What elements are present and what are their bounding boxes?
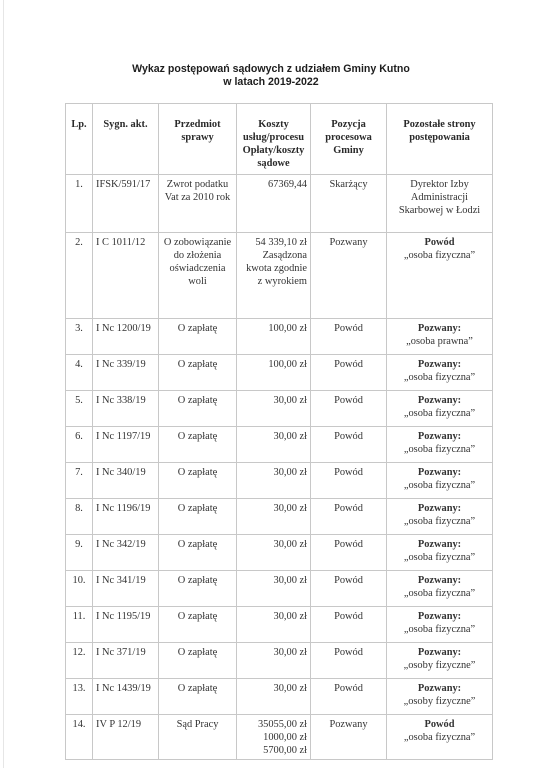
- cost-value: 35055,00 zł: [240, 718, 307, 731]
- cell-pozostale-strony: Pozwany:„osoba fizyczna”: [387, 571, 493, 607]
- cell-koszty: 30,00 zł: [237, 427, 311, 463]
- cell-lp: 8.: [66, 499, 93, 535]
- cell-sygnatura: I Nc 1439/19: [93, 679, 159, 715]
- party-name: „osoba fizyczna”: [390, 479, 489, 492]
- cell-sygnatura: I Nc 342/19: [93, 535, 159, 571]
- table-row: 3.I Nc 1200/19O zapłatę100,00 złPowódPoz…: [66, 319, 493, 355]
- party-name: „osoba fizyczna”: [390, 407, 489, 420]
- cost-value: 30,00 zł: [240, 502, 307, 515]
- cell-pozostale-strony: Pozwany:„osoba fizyczna”: [387, 607, 493, 643]
- cell-lp: 13.: [66, 679, 93, 715]
- header-lp: Lp.: [66, 104, 93, 175]
- table-row: 11.I Nc 1195/19O zapłatę30,00 złPowódPoz…: [66, 607, 493, 643]
- cell-pozostale-strony: Pozwany:„osoba fizyczna”: [387, 391, 493, 427]
- cell-pozycja: Skarżący: [311, 175, 387, 233]
- cost-value: Zasądzona kwota zgodnie z wyrokiem: [240, 249, 307, 288]
- table-row: 9.I Nc 342/19O zapłatę30,00 złPowódPozwa…: [66, 535, 493, 571]
- cell-lp: 2.: [66, 233, 93, 319]
- cell-pozycja: Pozwany: [311, 715, 387, 760]
- cell-lp: 11.: [66, 607, 93, 643]
- cell-pozycja: Powód: [311, 319, 387, 355]
- cell-sygnatura: I Nc 339/19: [93, 355, 159, 391]
- party-name: „osoba fizyczna”: [390, 623, 489, 636]
- cell-koszty: 30,00 zł: [237, 679, 311, 715]
- cell-pozostale-strony: Powód„osoba fizyczna”: [387, 233, 493, 319]
- cell-koszty: 30,00 zł: [237, 643, 311, 679]
- cell-sygnatura: I Nc 1197/19: [93, 427, 159, 463]
- cell-pozostale-strony: Pozwany:„osoba fizyczna”: [387, 499, 493, 535]
- table-row: 2.I C 1011/12O zobowiązanie do złożenia …: [66, 233, 493, 319]
- cell-przedmiot: O zapłatę: [159, 571, 237, 607]
- cost-value: 30,00 zł: [240, 682, 307, 695]
- cell-koszty: 30,00 zł: [237, 391, 311, 427]
- cell-pozycja: Powód: [311, 535, 387, 571]
- party-name: „osoba fizyczna”: [390, 551, 489, 564]
- table-row: 10.I Nc 341/19O zapłatę30,00 złPowódPozw…: [66, 571, 493, 607]
- cell-koszty: 30,00 zł: [237, 607, 311, 643]
- cost-value: 30,00 zł: [240, 574, 307, 587]
- cell-pozostale-strony: Pozwany:„osoba fizyczna”: [387, 463, 493, 499]
- party-role-label: Pozwany:: [390, 322, 489, 335]
- cell-pozycja: Powód: [311, 355, 387, 391]
- cell-pozycja: Pozwany: [311, 233, 387, 319]
- cost-value: 30,00 zł: [240, 430, 307, 443]
- party-role-label: Pozwany:: [390, 466, 489, 479]
- table-row: 5.I Nc 338/19O zapłatę30,00 złPowódPozwa…: [66, 391, 493, 427]
- cell-lp: 10.: [66, 571, 93, 607]
- document-title: Wykaz postępowań sądowych z udziałem Gmi…: [0, 63, 542, 89]
- cell-pozycja: Powód: [311, 679, 387, 715]
- party-role-label: Pozwany:: [390, 610, 489, 623]
- cell-koszty: 30,00 zł: [237, 499, 311, 535]
- cell-lp: 14.: [66, 715, 93, 760]
- cell-przedmiot: O zapłatę: [159, 535, 237, 571]
- party-name: „osoby fizyczne”: [390, 659, 489, 672]
- cell-pozycja: Powód: [311, 463, 387, 499]
- cell-przedmiot: O zapłatę: [159, 607, 237, 643]
- cell-pozycja: Powód: [311, 643, 387, 679]
- cost-value: 5700,00 zł: [240, 744, 307, 757]
- cost-value: 1000,00 zł: [240, 731, 307, 744]
- cell-pozostale-strony: Pozwany:„osoba fizyczna”: [387, 355, 493, 391]
- cell-przedmiot: O zobowiązanie do złożenia oświadczenia …: [159, 233, 237, 319]
- cell-pozostale-strony: Pozwany:„osoba fizyczna”: [387, 427, 493, 463]
- cost-value: 30,00 zł: [240, 610, 307, 623]
- cell-lp: 12.: [66, 643, 93, 679]
- party-role-label: Pozwany:: [390, 538, 489, 551]
- cell-pozycja: Powód: [311, 571, 387, 607]
- cell-pozostale-strony: Pozwany:„osoby fizyczne”: [387, 679, 493, 715]
- cell-lp: 1.: [66, 175, 93, 233]
- party-role-label: Pozwany:: [390, 358, 489, 371]
- cell-sygnatura: I Nc 1196/19: [93, 499, 159, 535]
- cell-koszty: 100,00 zł: [237, 355, 311, 391]
- table-row: 13.I Nc 1439/19O zapłatę30,00 złPowódPoz…: [66, 679, 493, 715]
- cell-lp: 4.: [66, 355, 93, 391]
- cell-pozostale-strony: Pozwany:„osoba fizyczna”: [387, 535, 493, 571]
- header-koszty: Koszty usług/procesu Opłaty/koszty sądow…: [237, 104, 311, 175]
- party-name: „osoba prawna”: [390, 335, 489, 348]
- cell-sygnatura: I Nc 1200/19: [93, 319, 159, 355]
- cell-sygnatura: IV P 12/19: [93, 715, 159, 760]
- header-pozycja: Pozycja procesowa Gminy: [311, 104, 387, 175]
- cell-koszty: 35055,00 zł1000,00 zł5700,00 zł: [237, 715, 311, 760]
- cost-value: 30,00 zł: [240, 394, 307, 407]
- cell-koszty: 67369,44: [237, 175, 311, 233]
- cell-pozycja: Powód: [311, 607, 387, 643]
- cost-value: 54 339,10 zł: [240, 236, 307, 249]
- cell-przedmiot: Zwrot podatku Vat za 2010 rok: [159, 175, 237, 233]
- table-row: 14.IV P 12/19Sąd Pracy35055,00 zł1000,00…: [66, 715, 493, 760]
- party-role-label: Pozwany:: [390, 574, 489, 587]
- cell-przedmiot: O zapłatę: [159, 499, 237, 535]
- cell-sygnatura: I Nc 1195/19: [93, 607, 159, 643]
- table-row: 8.I Nc 1196/19O zapłatę30,00 złPowódPozw…: [66, 499, 493, 535]
- cell-przedmiot: Sąd Pracy: [159, 715, 237, 760]
- cell-pozostale-strony: Pozwany:„osoba prawna”: [387, 319, 493, 355]
- cell-pozycja: Powód: [311, 499, 387, 535]
- cell-przedmiot: O zapłatę: [159, 463, 237, 499]
- party-name: Dyrektor Izby Administracji Skarbowej w …: [390, 178, 489, 217]
- cell-sygnatura: I Nc 338/19: [93, 391, 159, 427]
- cell-przedmiot: O zapłatę: [159, 355, 237, 391]
- header-sygnatura: Sygn. akt.: [93, 104, 159, 175]
- cell-lp: 6.: [66, 427, 93, 463]
- table-row: 12.I Nc 371/19O zapłatę30,00 złPowódPozw…: [66, 643, 493, 679]
- table-header-row: Lp. Sygn. akt. Przedmiot sprawy Koszty u…: [66, 104, 493, 175]
- cost-value: 100,00 zł: [240, 322, 307, 335]
- party-name: „osoba fizyczna”: [390, 443, 489, 456]
- cell-przedmiot: O zapłatę: [159, 679, 237, 715]
- party-name: „osoba fizyczna”: [390, 731, 489, 744]
- cost-value: 67369,44: [240, 178, 307, 191]
- party-name: „osoba fizyczna”: [390, 249, 489, 262]
- party-role-label: Powód: [390, 236, 489, 249]
- party-name: „osoby fizyczne”: [390, 695, 489, 708]
- cell-sygnatura: I Nc 340/19: [93, 463, 159, 499]
- table-body: 1.IFSK/591/17Zwrot podatku Vat za 2010 r…: [66, 175, 493, 760]
- cost-value: 30,00 zł: [240, 538, 307, 551]
- cell-pozostale-strony: Dyrektor Izby Administracji Skarbowej w …: [387, 175, 493, 233]
- cell-przedmiot: O zapłatę: [159, 319, 237, 355]
- page-edge: [3, 0, 4, 768]
- party-role-label: Pozwany:: [390, 502, 489, 515]
- party-name: „osoba fizyczna”: [390, 587, 489, 600]
- cell-koszty: 30,00 zł: [237, 571, 311, 607]
- party-role-label: Pozwany:: [390, 430, 489, 443]
- cell-pozostale-strony: Pozwany:„osoby fizyczne”: [387, 643, 493, 679]
- header-przedmiot: Przedmiot sprawy: [159, 104, 237, 175]
- cell-lp: 3.: [66, 319, 93, 355]
- title-line-2: w latach 2019-2022: [0, 76, 542, 89]
- cell-pozostale-strony: Powód„osoba fizyczna”: [387, 715, 493, 760]
- party-name: „osoba fizyczna”: [390, 371, 489, 384]
- cell-koszty: 54 339,10 złZasądzona kwota zgodnie z wy…: [237, 233, 311, 319]
- cost-value: 30,00 zł: [240, 466, 307, 479]
- cost-value: 100,00 zł: [240, 358, 307, 371]
- party-role-label: Pozwany:: [390, 646, 489, 659]
- party-name: „osoba fizyczna”: [390, 515, 489, 528]
- cell-sygnatura: IFSK/591/17: [93, 175, 159, 233]
- cell-koszty: 30,00 zł: [237, 463, 311, 499]
- header-pozostale-strony: Pozostałe strony postępowania: [387, 104, 493, 175]
- cell-sygnatura: I Nc 371/19: [93, 643, 159, 679]
- title-line-1: Wykaz postępowań sądowych z udziałem Gmi…: [0, 63, 542, 76]
- cell-pozycja: Powód: [311, 391, 387, 427]
- table-row: 7.I Nc 340/19O zapłatę30,00 złPowódPozwa…: [66, 463, 493, 499]
- court-cases-table: Lp. Sygn. akt. Przedmiot sprawy Koszty u…: [65, 103, 493, 760]
- party-role-label: Powód: [390, 718, 489, 731]
- cell-lp: 5.: [66, 391, 93, 427]
- cell-przedmiot: O zapłatę: [159, 643, 237, 679]
- cell-przedmiot: O zapłatę: [159, 427, 237, 463]
- cell-koszty: 100,00 zł: [237, 319, 311, 355]
- party-role-label: Pozwany:: [390, 682, 489, 695]
- cost-value: 30,00 zł: [240, 646, 307, 659]
- cell-sygnatura: I C 1011/12: [93, 233, 159, 319]
- cell-lp: 7.: [66, 463, 93, 499]
- cell-przedmiot: O zapłatę: [159, 391, 237, 427]
- party-role-label: Pozwany:: [390, 394, 489, 407]
- cell-sygnatura: I Nc 341/19: [93, 571, 159, 607]
- cell-koszty: 30,00 zł: [237, 535, 311, 571]
- table-row: 1.IFSK/591/17Zwrot podatku Vat za 2010 r…: [66, 175, 493, 233]
- cell-pozycja: Powód: [311, 427, 387, 463]
- table-row: 6.I Nc 1197/19O zapłatę30,00 złPowódPozw…: [66, 427, 493, 463]
- table-row: 4.I Nc 339/19O zapłatę100,00 złPowódPozw…: [66, 355, 493, 391]
- cell-lp: 9.: [66, 535, 93, 571]
